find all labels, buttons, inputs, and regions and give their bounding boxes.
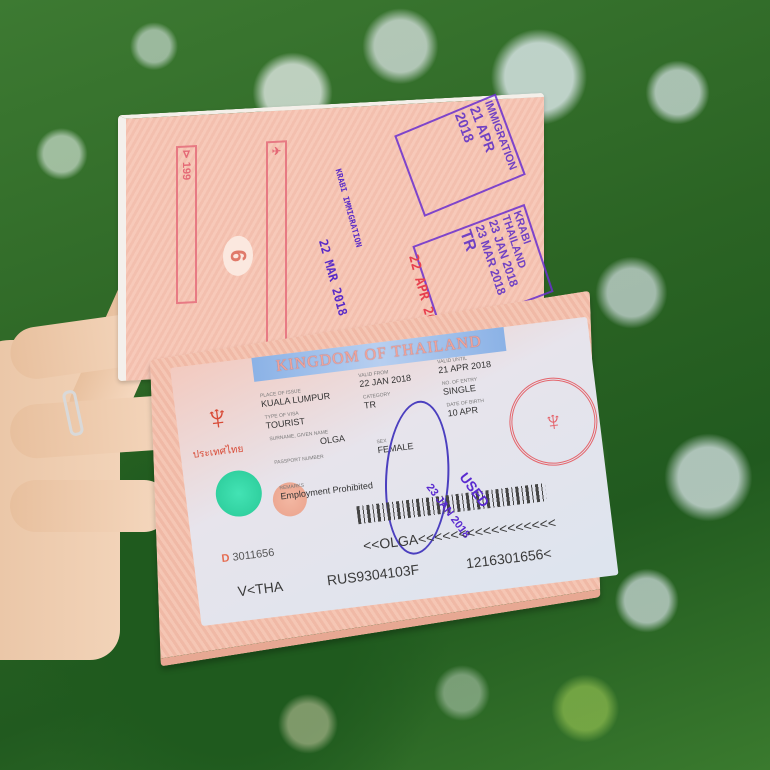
thai-visa-sticker: KINGDOM OF THAILAND ♆ ประเทศไทย Place of… — [170, 317, 619, 626]
document-number: D 3011656 — [221, 547, 275, 565]
embassy-seal: ♆ — [504, 373, 602, 471]
mrz-line-2-b: RUS9304103F — [326, 561, 420, 588]
field-valid-from: Valid from 22 JAN 2018 — [358, 367, 412, 389]
field-date-of-birth: Date of birth 10 APR — [446, 398, 485, 418]
field-entries: No. of entry SINGLE — [442, 377, 479, 397]
garuda-emblem-icon: ♆ — [190, 390, 246, 446]
field-label: Passport number — [274, 454, 324, 466]
extension-secondary-date: 22 MAR 2018 — [316, 238, 350, 318]
green-hologram — [213, 468, 264, 519]
document-number-prefix: D — [221, 552, 230, 565]
page-number: 6 — [223, 235, 253, 277]
passport: ⊳ 199 ✈ 6 IMMIGRATION 21 APR 2018 KRABI … — [0, 0, 770, 770]
field-value: TR — [363, 399, 376, 410]
field-remarks: Remarks Employment Prohibited — [279, 474, 373, 501]
field-place-of-issue: Place of issue KUALA LUMPUR — [260, 385, 331, 409]
document-number-value: 3011656 — [232, 547, 275, 564]
field-type-of-visa: Type of visa TOURIST — [264, 410, 305, 431]
entry-stamp-faded: ✈ — [266, 140, 287, 349]
field-category: Category TR — [363, 391, 392, 410]
mrz-line-2-c: 1216301656< — [465, 545, 552, 571]
field-passport-number: Passport number — [274, 454, 324, 466]
exit-stamp-faded: ⊳ 199 — [176, 145, 197, 304]
extension-office: KRABI IMMIGRATION — [334, 168, 364, 249]
mrz-line-2-a: V<THA — [237, 578, 284, 599]
immigration-departure-stamp: IMMIGRATION 21 APR 2018 — [394, 94, 526, 217]
field-given-name: Surname, given name OLGA — [269, 427, 345, 452]
field-value: 10 APR — [447, 405, 479, 419]
